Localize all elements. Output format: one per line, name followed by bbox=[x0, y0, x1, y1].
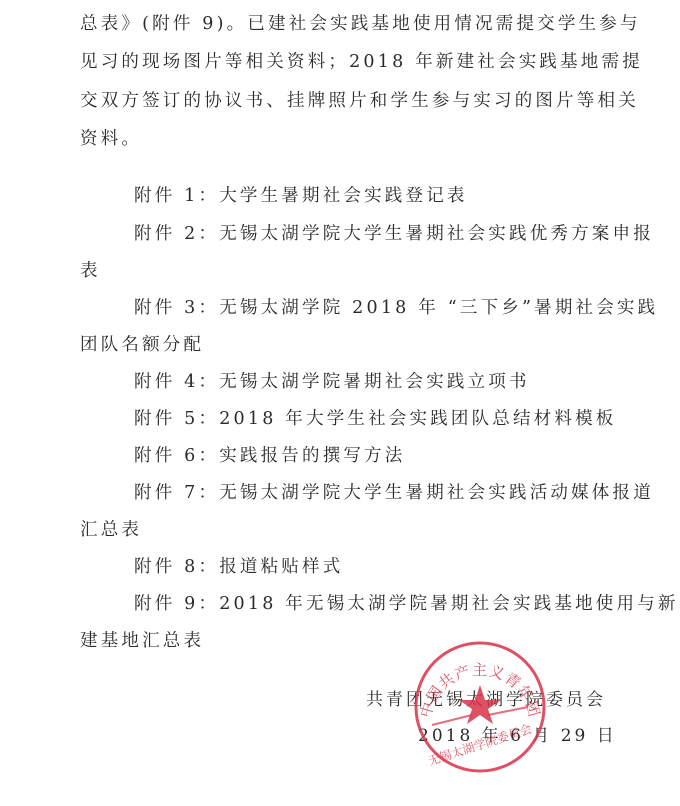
attachment-title-continued: 建基地汇总表 bbox=[80, 629, 204, 653]
paragraph-line: 资料。 bbox=[80, 127, 142, 151]
attachment-item-2: 附件 2：无锡太湖学院大学生暑期社会实践优秀方案申报 bbox=[134, 222, 654, 246]
attachment-label: 附件 6： bbox=[134, 446, 219, 466]
attachment-label: 附件 8： bbox=[134, 557, 219, 577]
attachment-item-5: 附件 5：2018 年大学生社会实践团队总结材料模板 bbox=[134, 407, 617, 431]
attachment-item-9: 附件 9：2018 年无锡太湖学院暑期社会实践基地使用与新 bbox=[134, 592, 679, 616]
attachment-title-continued: 表 bbox=[80, 259, 101, 283]
attachment-item-8: 附件 8：报道粘贴样式 bbox=[134, 555, 343, 579]
attachment-title: 2018 年无锡太湖学院暑期社会实践基地使用与新 bbox=[219, 594, 678, 614]
attachment-title: 无锡太湖学院大学生暑期社会实践优秀方案申报 bbox=[219, 224, 654, 244]
paragraph-line: 总表》(附件 9)。已建社会实践基地使用情况需提交学生参与 bbox=[80, 12, 641, 36]
seal-bottom-text: 无锡太湖学院委员会 bbox=[426, 721, 533, 769]
attachment-item-3: 附件 3：无锡太湖学院 2018 年 “三下乡”暑期社会实践 bbox=[134, 296, 658, 320]
attachment-label: 附件 4： bbox=[134, 372, 219, 392]
official-seal-icon: 中国共产主义青年团 无锡太湖学院委员会 bbox=[410, 637, 550, 777]
attachment-title: 实践报告的撰写方法 bbox=[219, 446, 405, 466]
paragraph-line: 交双方签订的协议书、挂牌照片和学生参与实习的图片等相关 bbox=[80, 89, 639, 113]
attachment-label: 附件 1： bbox=[134, 186, 219, 206]
attachment-label: 附件 9： bbox=[134, 594, 219, 614]
attachment-title-continued: 团队名额分配 bbox=[80, 333, 204, 357]
attachment-title: 2018 年大学生社会实践团队总结材料模板 bbox=[219, 409, 616, 429]
attachment-title: 大学生暑期社会实践登记表 bbox=[219, 186, 467, 206]
paragraph-line: 见习的现场图片等相关资料；2018 年新建社会实践基地需提 bbox=[80, 50, 643, 74]
attachment-item-7: 附件 7：无锡太湖学院大学生暑期社会实践活动媒体报道 bbox=[134, 481, 654, 505]
attachment-title: 无锡太湖学院大学生暑期社会实践活动媒体报道 bbox=[219, 483, 654, 503]
attachment-label: 附件 2： bbox=[134, 224, 219, 244]
attachment-item-4: 附件 4：无锡太湖学院暑期社会实践立项书 bbox=[134, 370, 530, 394]
attachment-item-6: 附件 6：实践报告的撰写方法 bbox=[134, 444, 406, 468]
attachment-label: 附件 3： bbox=[134, 298, 219, 318]
attachment-label: 附件 7： bbox=[134, 483, 219, 503]
attachment-label: 附件 5： bbox=[134, 409, 219, 429]
attachment-item-1: 附件 1：大学生暑期社会实践登记表 bbox=[134, 184, 468, 208]
document-page: 总表》(附件 9)。已建社会实践基地使用情况需提交学生参与 见习的现场图片等相关… bbox=[0, 0, 680, 806]
attachment-title-continued: 汇总表 bbox=[80, 518, 142, 542]
attachment-title: 无锡太湖学院暑期社会实践立项书 bbox=[219, 372, 530, 392]
attachment-title: 报道粘贴样式 bbox=[219, 557, 343, 577]
attachment-title: 无锡太湖学院 2018 年 “三下乡”暑期社会实践 bbox=[219, 298, 658, 318]
